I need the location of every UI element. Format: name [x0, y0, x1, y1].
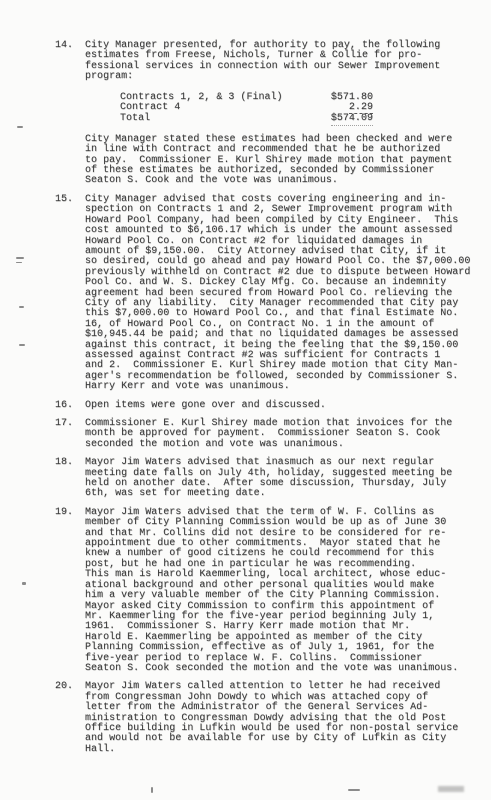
item-text: Mayor Jim Waters called attention to let… [85, 682, 485, 755]
item-text: Commissioner E. Kurl Shirey made motion … [85, 419, 485, 450]
minutes-item-18: 18. Mayor Jim Waters advised that inasmu… [55, 458, 491, 500]
minutes-item-14: 14. City Manager presented, for authorit… [55, 41, 491, 187]
document-page: 14. City Manager presented, for authorit… [0, 0, 491, 800]
scan-smudge [438, 786, 464, 792]
scan-artifact [19, 306, 24, 308]
item-text: Mayor Jim Waters advised that the term o… [85, 508, 485, 675]
scan-artifact [16, 262, 22, 263]
item-text: City Manager stated these estimates had … [85, 135, 485, 187]
contract-label: Total [120, 114, 150, 125]
minutes-item-17: 17. Commissioner E. Kurl Shirey made mot… [55, 419, 491, 450]
item-text: City Manager advised that costs covering… [85, 195, 485, 393]
item-number: 14. [55, 41, 85, 187]
item-text: City Manager presented, for authority to… [85, 41, 485, 83]
item-number: 20. [55, 682, 85, 755]
contracts-table: Contracts 1, 2, & 3 (Final) $571.80 Cont… [120, 93, 373, 126]
minutes-item-20: 20. Mayor Jim Waters called attention to… [55, 682, 491, 755]
item-number: 15. [55, 195, 85, 393]
item-number: 16. [55, 401, 85, 411]
item-text: Open items were gone over and discussed. [85, 401, 485, 411]
minutes-item-15: 15. City Manager advised that costs cove… [55, 195, 491, 393]
scan-artifact [151, 787, 153, 793]
table-row: Total $574.09 [120, 114, 373, 125]
minutes-item-16: 16. Open items were gone over and discus… [55, 401, 491, 411]
item-number: 18. [55, 458, 85, 500]
scan-artifact [17, 126, 23, 128]
item-text: Mayor Jim Waters advised that inasmuch a… [85, 458, 485, 500]
item-number: 17. [55, 419, 85, 450]
scan-artifact [19, 344, 25, 346]
scan-artifact [22, 582, 26, 585]
scan-artifact [16, 257, 24, 259]
contract-total-amount: $574.09 [331, 114, 373, 125]
scan-artifact [348, 789, 360, 791]
minutes-item-19: 19. Mayor Jim Waters advised that the te… [55, 508, 491, 675]
item-body: City Manager presented, for authority to… [85, 41, 485, 187]
item-number: 19. [55, 508, 85, 675]
